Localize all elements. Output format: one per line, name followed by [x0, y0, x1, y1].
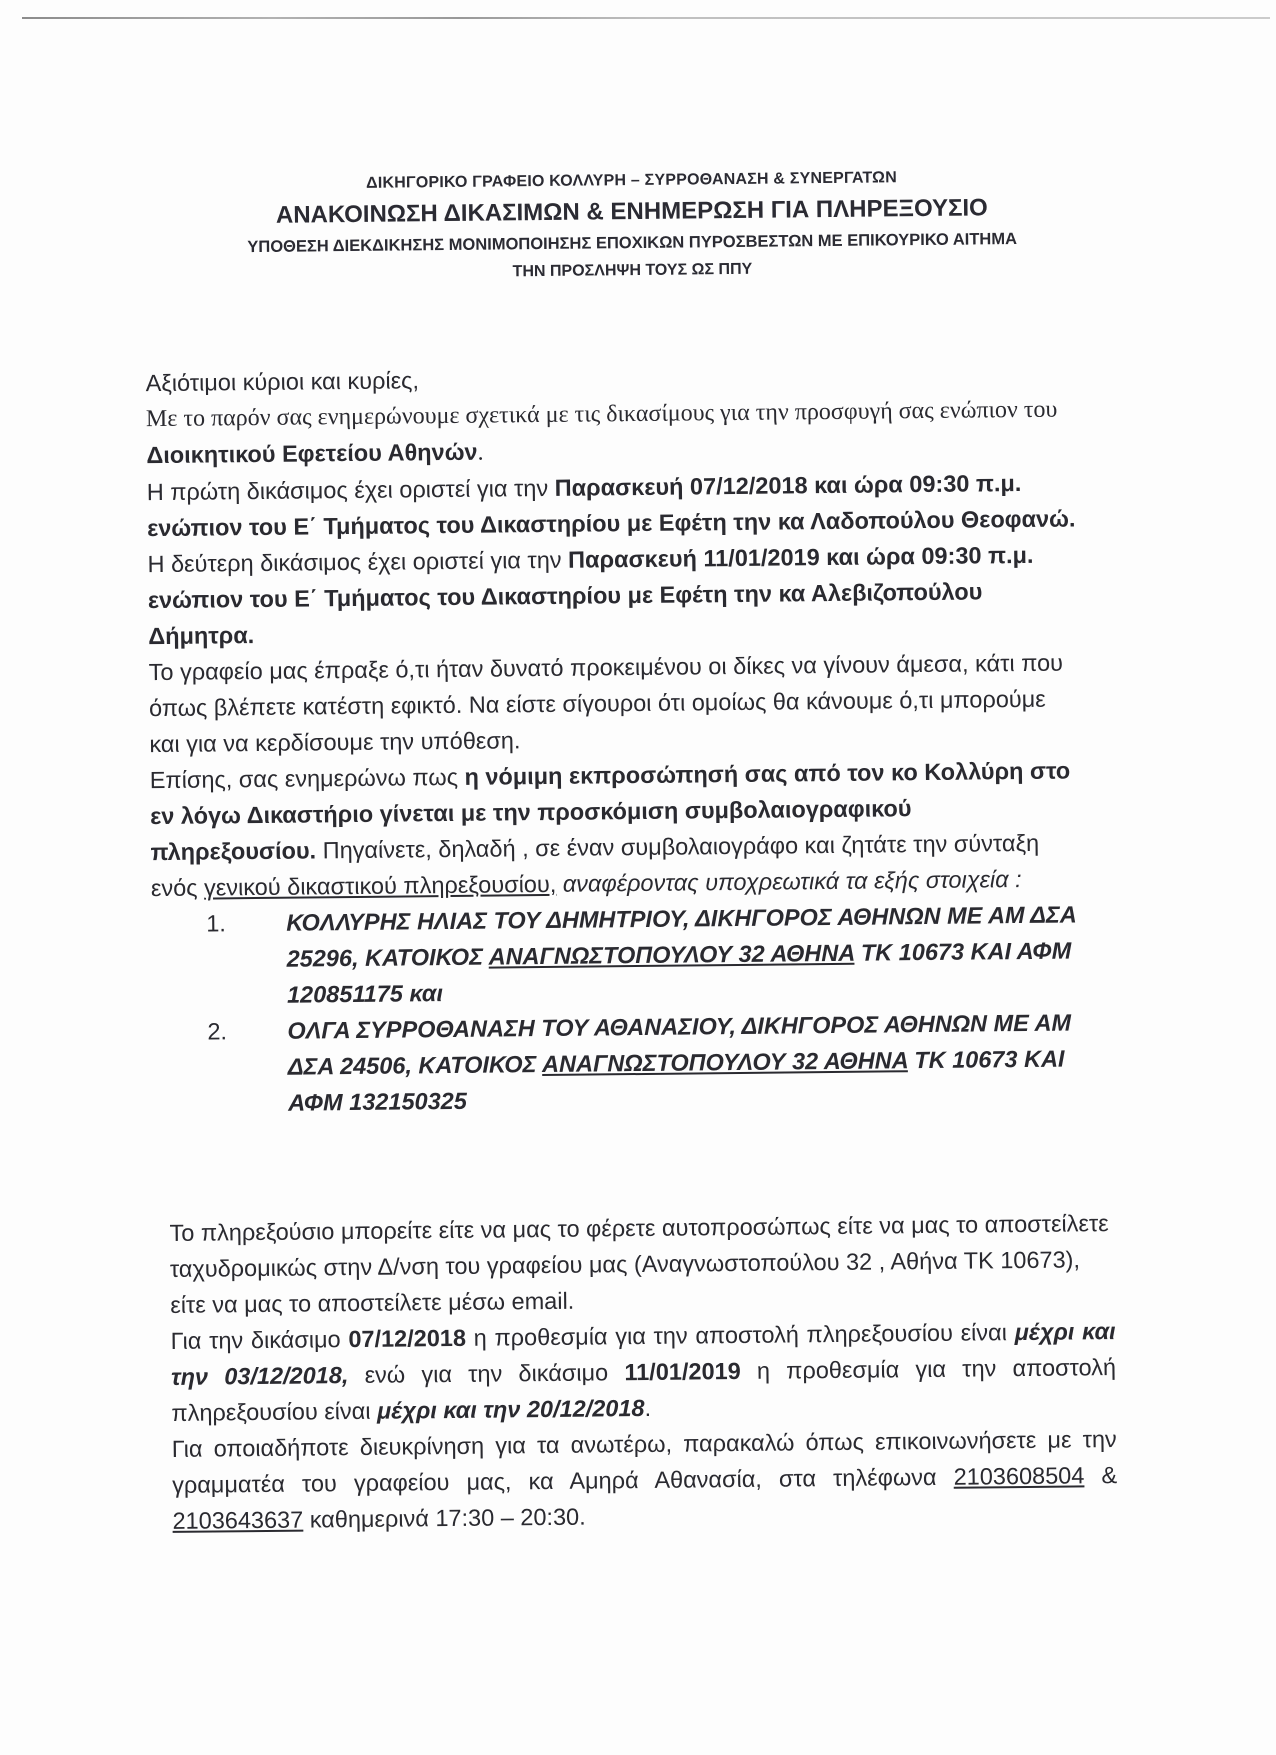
hearing-date-2: 11/01/2019 [624, 1358, 741, 1385]
court-name: Διοικητικού Εφετείου Αθηνών [146, 439, 477, 468]
list-item: 1.ΚΟΛΛΥΡΗΣ ΗΛΙΑΣ ΤΟΥ ΔΗΜΗΤΡΙΟΥ, ΔΙΚΗΓΟΡΟ… [246, 896, 1082, 1013]
second-hearing: Η δεύτερη δικάσιμος έχει οριστεί για την… [147, 536, 1078, 654]
deadline-paragraph: Για την δικάσιμο 07/12/2018 η προθεσμία … [170, 1313, 1116, 1431]
phone-number-2[interactable]: 2103643637 [172, 1507, 303, 1534]
rep-lead: Επίσης, σας ενημερώνω πως [150, 764, 465, 793]
address: ΑΝΑΓΝΩΣΤΟΠΟΥΛΟΥ 32 ΑΘΗΝΑ [489, 940, 855, 970]
first-hearing: Η πρώτη δικάσιμος έχει οριστεί για την Π… [147, 464, 1078, 546]
document-page: ΔΙΚΗΓΟΡΙΚΟ ΓΡΑΦΕΙΟ ΚΟΛΛΥΡΗ – ΣΥΡΡΟΘΑΝΑΣΗ… [0, 0, 1276, 1755]
document-title: ΑΝΑΚΟΙΝΩΣΗ ΔΙΚΑΣΙΜΩΝ & ΕΝΗΜΕΡΩΣΗ ΓΙΑ ΠΛΗ… [0, 191, 1270, 232]
representation-paragraph: Επίσης, σας ενημερώνω πως η νόμιμη εκπρο… [150, 752, 1081, 906]
case-subtitle-line1: ΥΠΟΘΕΣΗ ΔΙΕΚΔΙΚΗΣΗΣ ΜΟΝΙΜΟΠΟΙΗΣΗΣ ΕΠΟΧΙΚ… [0, 227, 1270, 259]
intro-end: . [477, 440, 483, 466]
deadline-2: μέχρι και την 20/12/2018 [377, 1395, 645, 1424]
contact-paragraph: Για οποιαδήποτε διευκρίνηση για τα ανωτέ… [172, 1421, 1118, 1539]
list-item: 2.ΟΛΓΑ ΣΥΡΡΟΘΑΝΑΣΗ ΤΟΥ ΑΘΑΝΑΣΙΟΥ, ΔΙΚΗΓΟ… [247, 1004, 1083, 1121]
hearing-date-1: 07/12/2018 [348, 1325, 466, 1352]
general-power-of-attorney: γενικού δικαστικού πληρεξουσίου, [204, 871, 557, 901]
letter-body: Αξιότιμοι κύριοι και κυρίες, Με το παρόν… [145, 355, 1083, 1122]
attorney-list: 1.ΚΟΛΛΥΡΗΣ ΗΛΙΑΣ ΤΟΥ ΔΗΜΗΤΡΙΟΥ, ΔΙΚΗΓΟΡΟ… [151, 896, 1083, 1122]
rep-end: αναφέροντας υποχρεωτικά τα εξής στοιχεία… [556, 866, 1022, 897]
address: ΑΝΑΓΝΩΣΤΟΠΟΥΛΟΥ 32 ΑΘΗΝΑ [542, 1047, 908, 1077]
intro-paragraph: Με το παρόν σας ενημερώνουμε σχετικά με … [146, 391, 1077, 474]
second-hearing-lead: Η δεύτερη δικάσιμος έχει οριστεί για την [147, 547, 568, 577]
office-effort-paragraph: Το γραφείο μας έπραξε ό,τι ήταν δυνατό π… [148, 644, 1079, 762]
delivery-paragraph: Το πληρεξούσιο μπορείτε είτε να μας το φ… [169, 1205, 1115, 1323]
first-hearing-lead: Η πρώτη δικάσιμος έχει οριστεί για την [147, 475, 555, 505]
firm-name: ΔΙΚΗΓΟΡΙΚΟ ΓΡΑΦΕΙΟ ΚΟΛΛΥΡΗ – ΣΥΡΡΟΘΑΝΑΣΗ… [0, 165, 1270, 196]
closing-section: Το πληρεξούσιο μπορείτε είτε να μας το φ… [169, 1205, 1117, 1539]
case-subtitle-line2: ΤΗΝ ΠΡΟΣΛΗΨΗ ΤΟΥΣ ΩΣ ΠΠΥ [0, 255, 1271, 286]
phone-number-1[interactable]: 2103608504 [953, 1462, 1084, 1489]
intro-text: Με το παρόν σας ενημερώνουμε σχετικά με … [146, 397, 1058, 433]
